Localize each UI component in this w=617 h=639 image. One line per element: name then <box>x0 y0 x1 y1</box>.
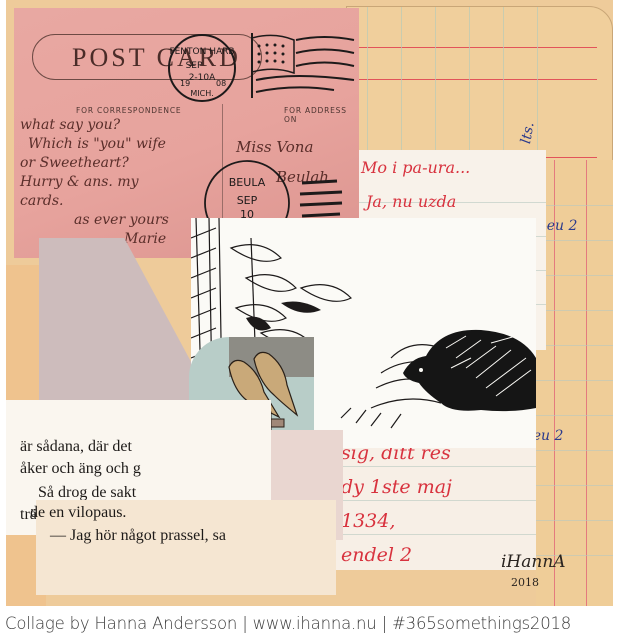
ledger-grid-line <box>536 520 613 521</box>
message-line: Hurry & ans. my <box>20 173 139 192</box>
ledger-grid-line <box>536 205 613 206</box>
ledger-red-margin <box>586 160 587 606</box>
ledger-grid-line <box>536 415 613 416</box>
svg-text:SEP: SEP <box>186 61 203 71</box>
blue-note: lts. <box>518 121 538 145</box>
message-line: Which is "you" wife <box>28 135 166 154</box>
ledger-grid-line <box>435 7 436 167</box>
message-line: cards. <box>20 192 63 211</box>
ledger-grid-line <box>401 7 402 167</box>
ledger-grid-line <box>536 450 613 451</box>
ledger-red-line <box>347 79 597 80</box>
ledger-grid-line <box>536 310 613 311</box>
book-line: är sådana, där det <box>20 438 132 456</box>
ledger-red-line <box>347 47 597 48</box>
signature-year: 2018 <box>511 576 539 589</box>
svg-text:BEULA: BEULA <box>229 176 266 189</box>
postcard-label-correspondence: FOR CORRESPONDENCE <box>76 106 181 115</box>
ledger-sheet-top: lts. <box>346 6 613 166</box>
letter-rule <box>336 466 536 467</box>
svg-text:MICH.: MICH. <box>190 89 213 98</box>
message-line: as ever yours <box>74 211 169 230</box>
red-ink-letter-lower: sig, ditt res dy 1ste maj 1334, endel 2 <box>336 430 536 570</box>
ledger-grid-line <box>469 7 470 167</box>
svg-text:SEP: SEP <box>237 194 258 207</box>
svg-text:2-10A: 2-10A <box>189 73 216 83</box>
ledger-grid-line <box>503 7 504 167</box>
svg-text:08: 08 <box>216 79 226 88</box>
book-line: de en vilopaus. <box>30 504 126 522</box>
ledger-grid-line <box>536 240 613 241</box>
ledger-grid-line <box>536 485 613 486</box>
cream-paper-scrap: de en vilopaus. — Jag hör något prassel,… <box>36 500 336 595</box>
ledger-grid-line <box>537 7 538 167</box>
letter-line: Mo i pa-ura... <box>361 158 470 177</box>
ledger-sheet-right: -eu 2 -eu 2 <box>536 160 613 606</box>
postmark-icon: FENTON HARB SEP 2-10A 19 08 MICH. <box>164 28 364 118</box>
message-line: what say you? <box>20 116 120 135</box>
blue-note: -eu 2 <box>542 218 577 234</box>
collage-artwork: lts. -eu 2 -eu 2 Mo i pa-ura... Ja, nu u… <box>6 0 613 606</box>
ledger-grid-line <box>536 345 613 346</box>
ledger-grid-line <box>536 380 613 381</box>
message-line: or Sweetheart? <box>20 154 129 173</box>
letter-line: dy 1ste maj <box>341 476 452 498</box>
svg-text:19: 19 <box>180 79 190 88</box>
letter-line: 1334, <box>341 510 395 532</box>
svg-text:FENTON HARB: FENTON HARB <box>169 47 234 57</box>
ledger-grid-line <box>536 275 613 276</box>
message-signature: Marie <box>124 230 166 249</box>
letter-rule <box>336 534 536 535</box>
signature-name: iHannA <box>501 552 566 572</box>
book-line: — Jag hör något prassel, sa <box>50 527 226 545</box>
ledger-grid-line <box>367 7 368 167</box>
postcard-label-address: FOR ADDRESS ON <box>284 106 359 124</box>
book-line: åker och äng och g <box>20 460 141 478</box>
letter-line: Ja, nu uzda <box>366 192 456 211</box>
letter-line: endel 2 <box>341 544 412 566</box>
letter-rule <box>336 500 536 501</box>
image-caption: Collage by Hanna Andersson | www.ihanna.… <box>5 614 571 633</box>
